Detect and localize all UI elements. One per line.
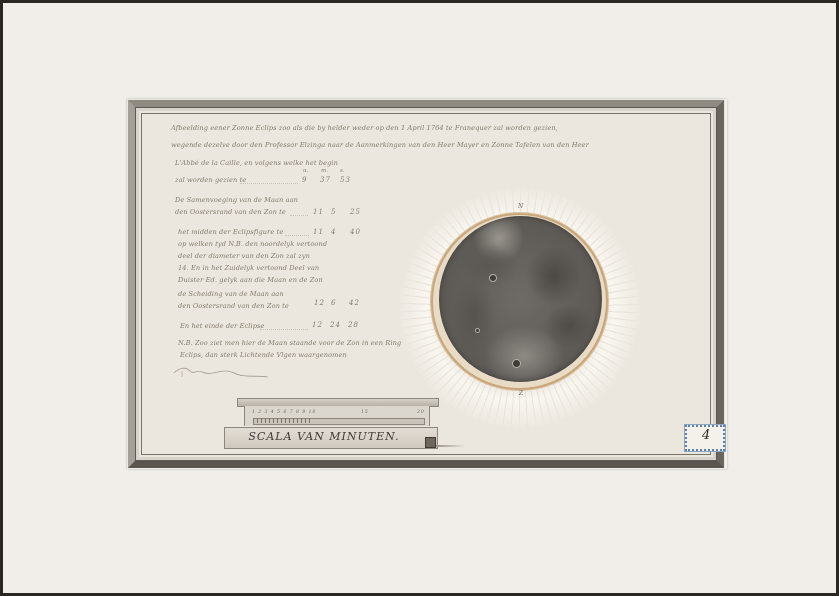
scale-tick-labels: 1 2 3 4 5 6 7 8 9 10 — [252, 410, 316, 415]
crater — [512, 359, 521, 368]
entry-2-minutes: 4 — [331, 228, 336, 236]
unit-header-minutes: m. — [321, 168, 328, 174]
entry-1-minutes: 5 — [331, 208, 336, 216]
entry-4-hours: 12 — [314, 299, 325, 307]
entry-5-seconds: 28 — [348, 321, 359, 329]
entry-5-hours: 12 — [312, 321, 323, 329]
entry-4-minutes: 6 — [331, 299, 336, 307]
moon-disc — [439, 216, 602, 382]
entry-5-minutes: 24 — [330, 321, 341, 329]
entry-3-line-3: Duister Ed. gelyk aan die Maan en de Zon — [178, 276, 323, 284]
pen-flourish — [172, 363, 272, 381]
entry-4-line-0: de Scheiding van de Maan aan — [178, 290, 284, 298]
unit-header-seconds: s. — [340, 168, 345, 174]
title-line-2: wegende dezelve door den Professor Elzin… — [171, 141, 589, 149]
entry-1-hours: 11 — [313, 208, 324, 216]
entry-2-seconds: 40 — [350, 228, 361, 236]
entry-3-line-2: 14. En in het Zuidelyk vertoond Deel van — [178, 264, 319, 272]
dot-leader — [260, 329, 308, 330]
note-line-1: N.B. Zoo ziet men hier de Maan staande v… — [178, 339, 401, 347]
entry-0-hours: 9 — [302, 176, 307, 184]
entry-4-line-1: den Oostersrand van den Zon te — [178, 302, 289, 310]
moon-mark-top: N — [518, 203, 523, 210]
crater — [489, 274, 497, 282]
entry-0-line-0: L'Abbé de la Caille, en volgens welke he… — [175, 159, 338, 167]
entry-2-hours: 11 — [313, 228, 324, 236]
entry-1-line-1: den Oostersrand van den Zon te — [175, 208, 286, 216]
scale-title: SCALA VAN MINUTEN. — [224, 430, 424, 443]
note-line-2: Eclips, dan sterk Lichtende Vlgen waarge… — [180, 351, 347, 359]
moon-mark-bottom: Z — [519, 390, 523, 397]
scale-end-label: 20 — [417, 410, 425, 415]
pedestal-cube — [425, 437, 436, 448]
dot-leader — [285, 235, 309, 236]
entry-5-line-0: En het einde der Eclipse — [180, 322, 265, 330]
pedestal-shadow — [436, 445, 466, 447]
scale-mid-label: 15 — [361, 410, 369, 415]
minute-scale-ticks — [253, 418, 311, 423]
entry-1-line-0: De Samenvoeging van de Maan aan — [175, 196, 298, 204]
entry-4-seconds: 42 — [349, 299, 360, 307]
entry-0-minutes: 37 — [320, 176, 331, 184]
dot-leader — [290, 215, 308, 216]
entry-3-line-1: deel der diameter van den Zon zal zyn — [178, 252, 310, 260]
entry-0-line-1: zal worden gezien te — [175, 176, 246, 184]
entry-0-seconds: 53 — [340, 176, 351, 184]
dot-leader — [240, 183, 298, 184]
title-line-1: Afbeelding eener Zonne Eclips zoo als di… — [171, 124, 558, 132]
entry-2-line-0: het midden der Eclipsfigure te — [178, 228, 283, 236]
unit-header-hours: u. — [303, 168, 309, 174]
crater — [475, 328, 480, 333]
catalog-number: 4 — [702, 428, 710, 443]
entry-3-line-0: op welken tyd N.B. den noordelyk vertoon… — [178, 240, 327, 248]
entry-1-seconds: 25 — [350, 208, 361, 216]
